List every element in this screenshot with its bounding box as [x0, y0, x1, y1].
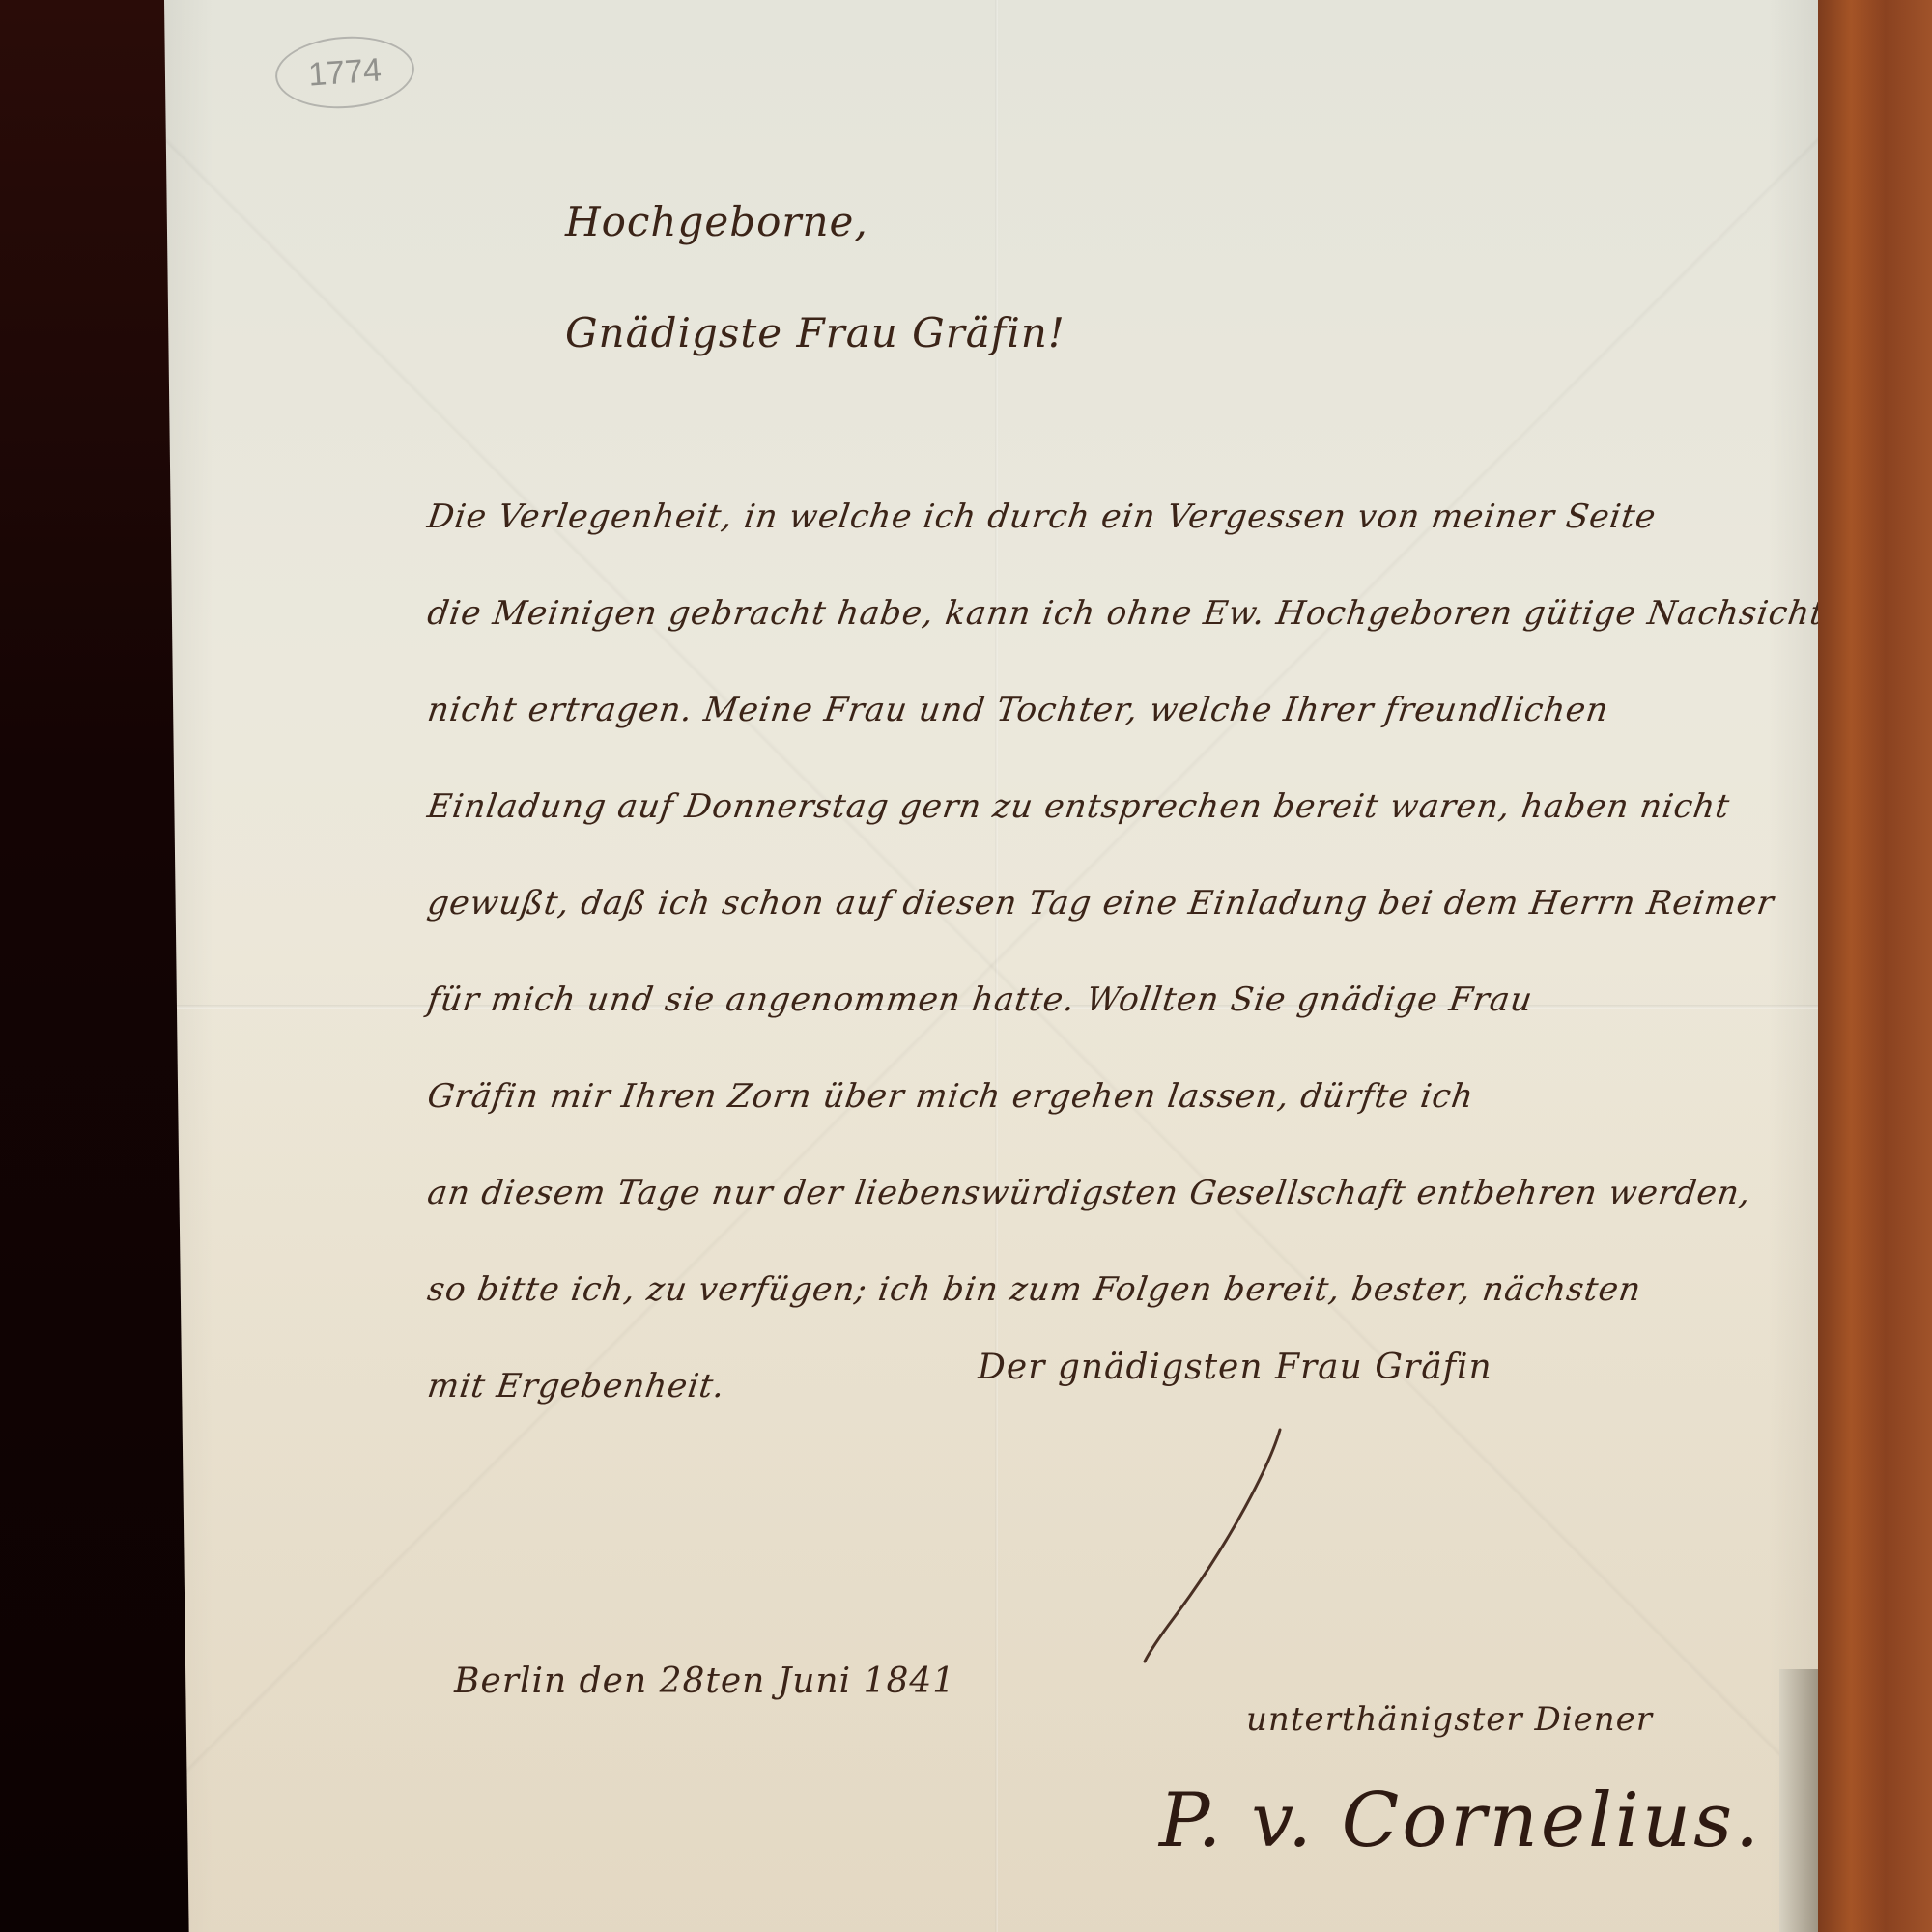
archive-number: 1774 — [307, 51, 383, 94]
pen-flourish-stroke — [1135, 1425, 1290, 1666]
body-line: für mich und sie angenommen hatte. Wollt… — [418, 971, 1829, 1067]
body-line: nicht ertragen. Meine Frau und Tochter, … — [418, 681, 1829, 778]
place-and-date: Berlin den 28ten Juni 1841 — [454, 1662, 955, 1701]
folded-paper-edge — [1779, 1669, 1818, 1932]
salutation-line-1: Hochgeborne, — [565, 198, 868, 245]
letter-sheet: 1774 Hochgeborne, Gnädigste Frau Gräfin!… — [164, 0, 1818, 1932]
body-line: Einladung auf Donnerstag gern zu entspre… — [418, 778, 1829, 874]
valediction: unterthänigster Diener — [1246, 1700, 1653, 1739]
body-line: gewußt, daß ich schon auf diesen Tag ein… — [418, 874, 1829, 971]
wooden-table-surface — [1816, 0, 1932, 1932]
dark-background — [0, 0, 188, 1932]
signature: P. v. Cornelius. — [1159, 1777, 1762, 1864]
body-line: so bitte ich, zu verfügen; ich bin zum F… — [418, 1261, 1829, 1357]
letter-body: Die Verlegenheit, in welche ich durch ei… — [425, 488, 1822, 1454]
body-line: die Meinigen gebracht habe, kann ich ohn… — [418, 584, 1829, 681]
body-line: Die Verlegenheit, in welche ich durch ei… — [418, 488, 1829, 584]
body-line: Gräfin mir Ihren Zorn über mich ergehen … — [418, 1067, 1829, 1164]
salutation-line-2: Gnädigste Frau Gräfin! — [565, 309, 1065, 356]
body-line: an diesem Tage nur der liebenswürdigsten… — [418, 1164, 1829, 1261]
closing-line: Der gnädigsten Frau Gräfin — [978, 1348, 1492, 1387]
